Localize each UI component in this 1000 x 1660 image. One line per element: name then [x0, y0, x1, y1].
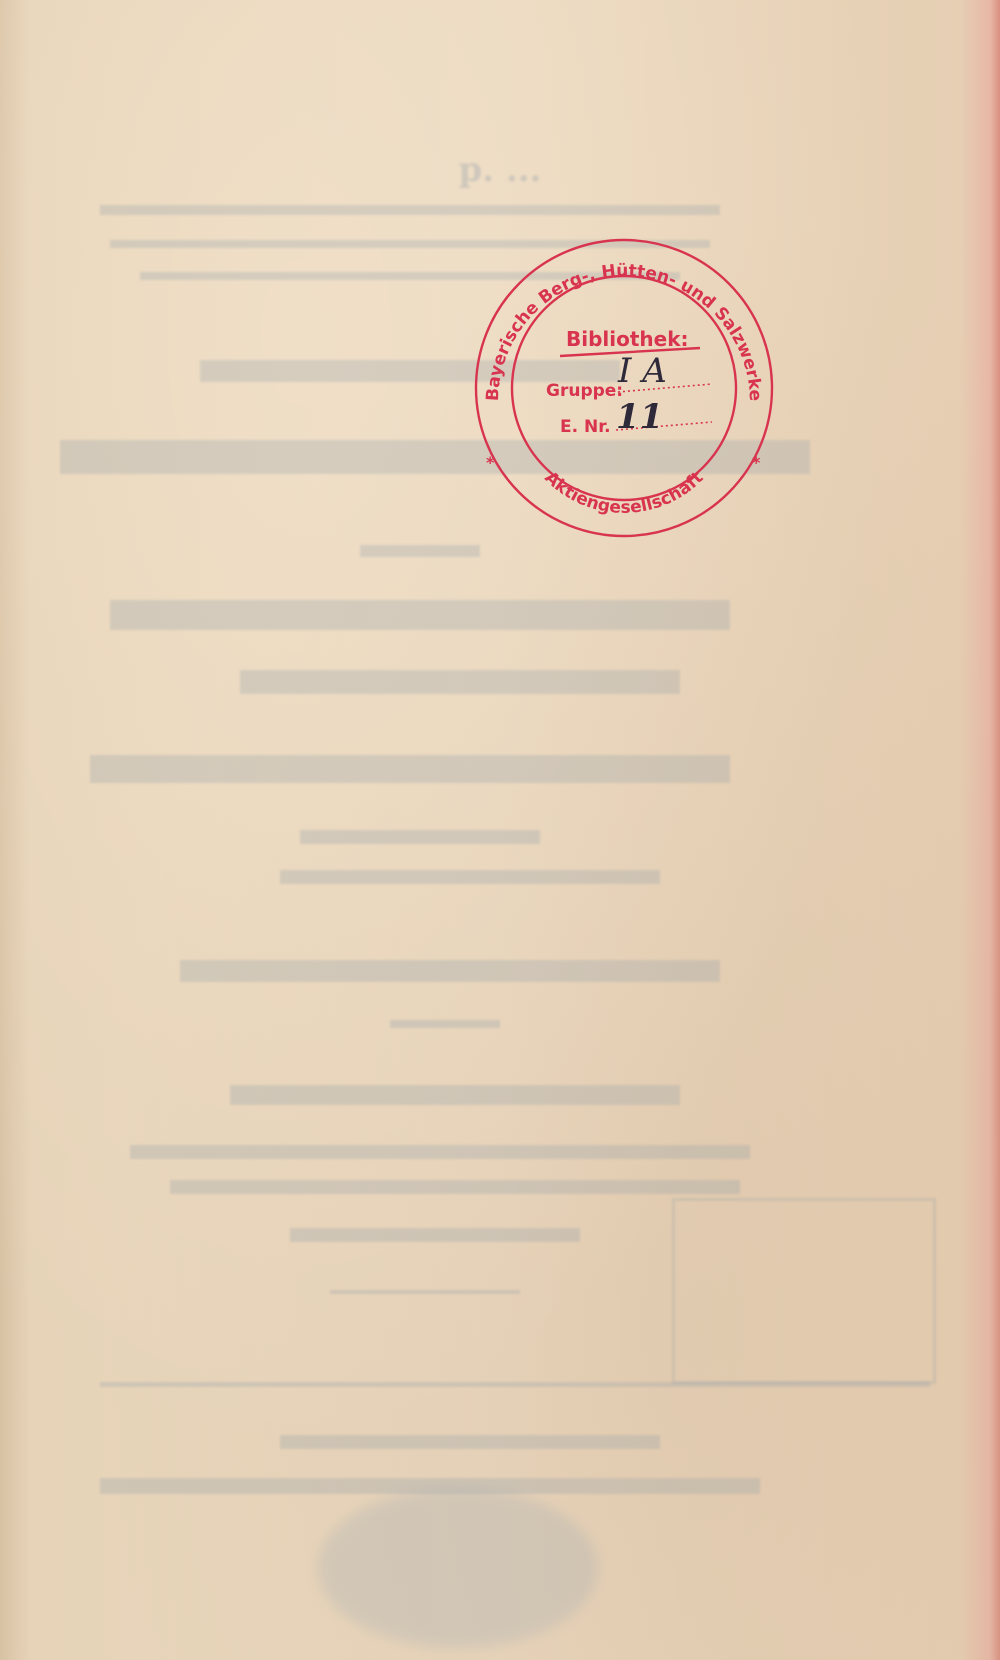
- ghost-text-line: [280, 1435, 660, 1449]
- handwritten-group: I A: [617, 351, 667, 391]
- ghost-text-line: [130, 1145, 750, 1159]
- stamp-star-left: *: [486, 453, 495, 472]
- ghost-text-line: [180, 960, 720, 982]
- ghost-printer-mark: [318, 1488, 598, 1648]
- stamp-number-label: E. Nr.: [560, 417, 611, 437]
- ghost-title-line: [90, 755, 730, 783]
- ghost-title-line: [110, 600, 730, 630]
- ghost-text-line: [100, 205, 720, 215]
- ghost-text-line: [170, 1180, 740, 1194]
- ghost-heading-line: p. ...: [0, 150, 1000, 190]
- ghost-text-line: [300, 830, 540, 844]
- ghost-text-line: [230, 1085, 680, 1105]
- ghost-text-line: [280, 870, 660, 884]
- ghost-text-line: [360, 545, 480, 557]
- ghost-stamp-box: [672, 1198, 936, 1384]
- ghost-text-line: [240, 670, 680, 694]
- scanned-page: p. ... Bayerische Berg-, Hütten- und Sal…: [0, 0, 1000, 1660]
- ghost-text-line: [290, 1228, 580, 1242]
- handwritten-number: 11: [616, 397, 663, 437]
- stamp-ring-text-bottom: Aktiengesellschaft: [541, 468, 708, 518]
- stamp-group-label: Gruppe:: [546, 381, 623, 401]
- ghost-divider: [330, 1290, 520, 1294]
- stamp-star-right: *: [752, 453, 761, 472]
- ghost-text-line: [390, 1020, 500, 1028]
- stamp-library-label: Bibliothek:: [566, 327, 689, 351]
- library-stamp: Bayerische Berg-, Hütten- und Salzwerke …: [468, 232, 780, 544]
